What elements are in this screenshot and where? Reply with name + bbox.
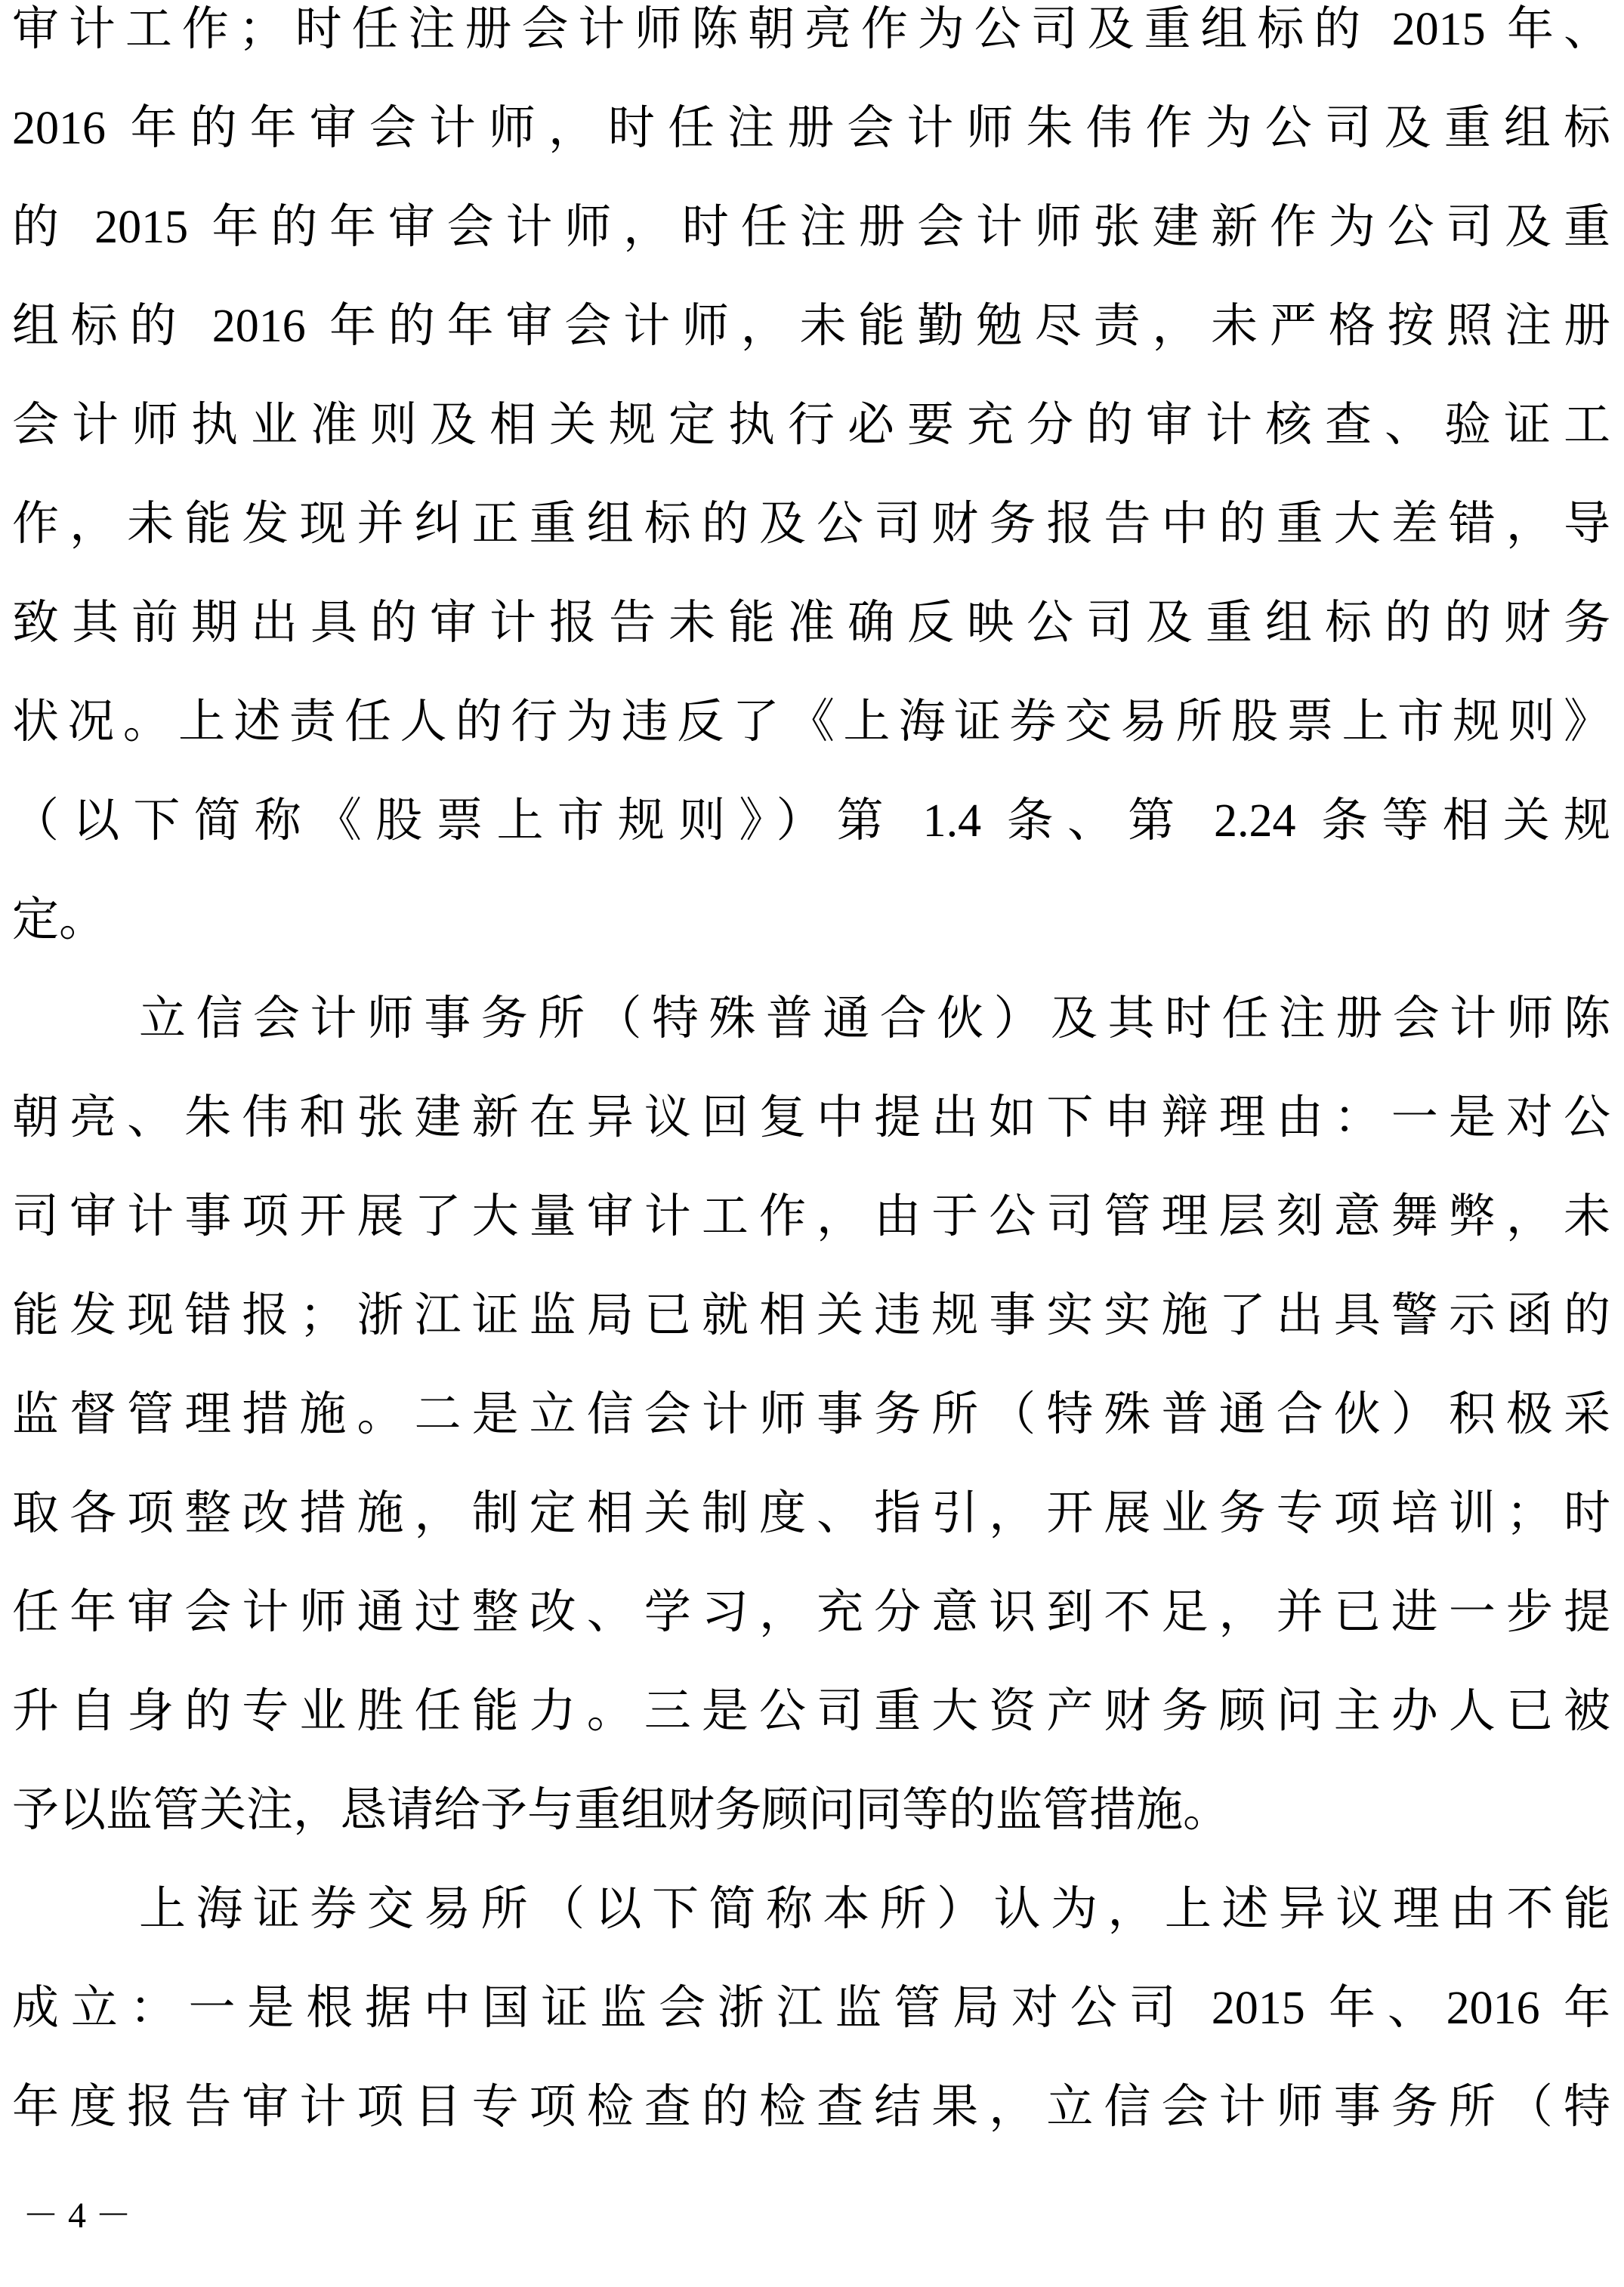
text-line: 组标的 2016 年的年审会计师，未能勤勉尽责，未严格按照注册 <box>12 277 1610 376</box>
text-line: 任年审会计师通过整改、学习，充分意识到不足，并已进一步提 <box>12 1563 1610 1662</box>
document-body: 审计工作；时任注册会计师陈朝亮作为公司及重组标的 2015 年、 2016 年的… <box>12 0 1610 2157</box>
text-line-paragraph-start: 上海证券交易所（以下简称本所）认为，上述异议理由不能 <box>12 1860 1610 1959</box>
text-line: 状况。上述责任人的行为违反了《上海证券交易所股票上市规则》 <box>12 673 1610 772</box>
text-line: 的 2015 年的年审会计师，时任注册会计师张建新作为公司及重 <box>12 178 1610 277</box>
text-line: 年度报告审计项目专项检查的检查结果，立信会计师事务所（特 <box>12 2058 1610 2157</box>
text-line: 能发现错报；浙江证监局已就相关违规事实实施了出具警示函的 <box>12 1267 1610 1366</box>
text-line: 会计师执业准则及相关规定执行必要充分的审计核查、验证工 <box>12 376 1610 475</box>
text-line: 2016 年的年审会计师，时任注册会计师朱伟作为公司及重组标 <box>12 79 1610 178</box>
text-line: 致其前期出具的审计报告未能准确反映公司及重组标的的财务 <box>12 574 1610 673</box>
text-line: 升自身的专业胜任能力。三是公司重大资产财务顾问主办人已被 <box>12 1662 1610 1761</box>
text-line: 成立：一是根据中国证监会浙江监管局对公司 2015 年、2016 年 <box>12 1959 1610 2058</box>
text-line: 司审计事项开展了大量审计工作，由于公司管理层刻意舞弊，未 <box>12 1168 1610 1267</box>
text-line-paragraph-start: 立信会计师事务所（特殊普通合伙）及其时任注册会计师陈 <box>12 970 1610 1069</box>
text-line: 定。 <box>12 871 1610 970</box>
text-line: 审计工作；时任注册会计师陈朝亮作为公司及重组标的 2015 年、 <box>12 0 1610 79</box>
text-line: 朝亮、朱伟和张建新在异议回复中提出如下申辩理由：一是对公 <box>12 1069 1610 1168</box>
page-number: － 4 － <box>23 2193 131 2239</box>
text-line: 取各项整改措施，制定相关制度、指引，开展业务专项培训；时 <box>12 1464 1610 1563</box>
text-line: 作，未能发现并纠正重组标的及公司财务报告中的重大差错，导 <box>12 475 1610 574</box>
document-page: 审计工作；时任注册会计师陈朝亮作为公司及重组标的 2015 年、 2016 年的… <box>0 0 1624 2267</box>
text-line: （以下简称《股票上市规则》）第 1.4 条、第 2.24 条等相关规 <box>12 772 1610 871</box>
text-line: 予以监管关注，恳请给予与重组财务顾问同等的监管措施。 <box>12 1761 1610 1860</box>
text-line: 监督管理措施。二是立信会计师事务所（特殊普通合伙）积极采 <box>12 1366 1610 1464</box>
